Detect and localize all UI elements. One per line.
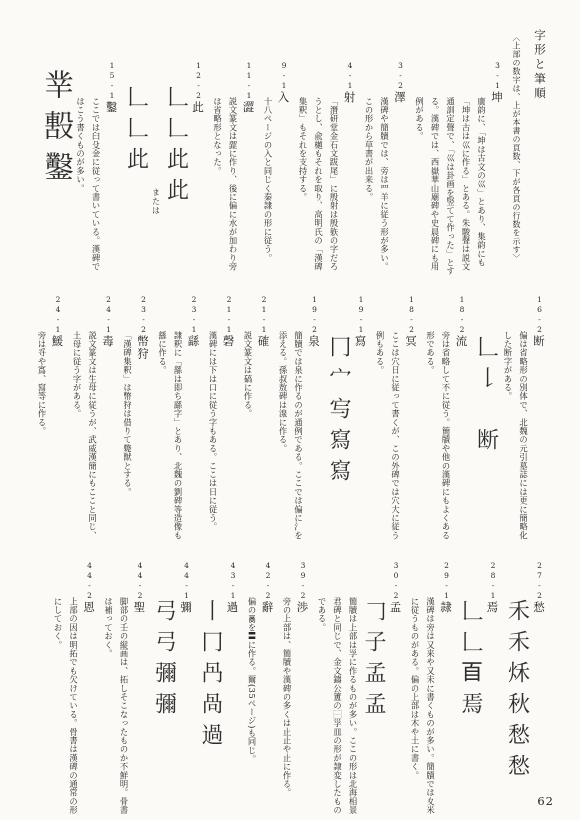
entry-page-line-number: 3-1 <box>493 61 502 91</box>
entry-page-line-number: 24-1 <box>54 295 63 335</box>
entry-heading: 11-1澀 <box>240 25 257 277</box>
entry-page-line-number: 44-2 <box>85 561 94 601</box>
entry-heading: 19-1寫 <box>352 291 369 543</box>
entry-annotation-text: 偏の𤔔を〓に作る。爾(35ページ)も同じ。 <box>244 557 260 820</box>
entry-page-line-number: 21-1 <box>260 295 269 335</box>
entry-headword: 流 <box>455 335 469 348</box>
entry-page-line-number: 23-2 <box>139 295 148 335</box>
entry: 19-2泉簡牘では泉に作るのが通例である。ここでは偏に氵を添える。孫叔敖碑は湶に… <box>275 291 323 543</box>
entry-heading: 19-2泉 <box>306 291 323 543</box>
entry-heading: 15-1鑿 <box>103 25 120 277</box>
entry: 23-1繇隷釈に「䌛は即ち繇字」とあり、北魏の劉碑等造像も䌛に作る。 <box>154 291 202 543</box>
entry-headword: 恩 <box>82 601 96 614</box>
entry-heading: 21-1磬 <box>220 291 237 543</box>
entry: 43-1過丨冂冎咼過 <box>197 557 241 820</box>
brush-stroke-order-glyphs: 禾禾秌秋愁愁 <box>504 557 531 820</box>
entry: 30-2孟𠃌子孟孟簡牘は上部は㜽に作るものが多い。ここの形は北海相景君碑と同じで… <box>314 557 404 820</box>
entry: 19-1寫冂宀㝍寫寫 <box>325 291 369 543</box>
entry-page-line-number: 21-1 <box>225 295 234 335</box>
entry-annotation-text: 上部の因は明拓でも欠けている。骨書は漢碑の通常の形にしておく。 <box>50 557 81 820</box>
entry-heading: 12-2此 <box>190 25 207 277</box>
entry-page-line-number: 30-2 <box>392 561 401 601</box>
entry-heading: 9-1入 <box>275 25 292 277</box>
entry-page-line-number: 43-1 <box>229 561 238 601</box>
entry-headword: 孟 <box>389 601 403 614</box>
entry: 4-1射「潛研堂金石文跋尾」に殷射は殷䠶の字だろうとし、兪樾もそれを取り、高明氏… <box>295 25 358 277</box>
entry-page-line-number: 24-1 <box>104 295 113 335</box>
entry-heading: 27-2愁 <box>531 557 548 820</box>
entry-headword: 断 <box>532 335 546 348</box>
entry-heading: 24-1毒 <box>100 291 117 543</box>
entry-headword: 過 <box>226 601 240 614</box>
entry: 44-1彌弓弓彌彌 <box>151 557 195 820</box>
entry: 9-1入十八ページの入と同じく秦隷の形に従う。 <box>260 25 292 277</box>
entry-heading: 24-1鰀 <box>49 291 66 543</box>
entry: 16-2断偏は省略形の別体で、北魏の元引墓誌には更に簡略化した断字がある。𠃊𠄌𢇍… <box>473 291 548 543</box>
entry: 12-2此𠃊𠃊此此または𠃊𠃊此 <box>123 25 207 277</box>
entry-annotation-text: 十八ページの入と同じく秦隷の形に従う。 <box>260 25 276 277</box>
brush-stroke-order-glyphs: 𠃊𠃊𦣻焉 <box>457 557 484 820</box>
entry-headword: 冥 <box>404 335 418 348</box>
entry-heading: 39-2渉 <box>294 557 311 820</box>
entry-page-line-number: 44-1 <box>182 561 191 601</box>
entry-heading: 16-2断 <box>531 291 548 543</box>
entry-heading: 43-1過 <box>224 557 241 820</box>
entry-annotation-text: 廣韵に、「坤は古文の巛」とあり、集韵にも「坤は古は巛に作る」とある。朱駿聲は説文… <box>411 25 489 277</box>
entry-annotation-text: 旁は寽や寪、寫等に作る。 <box>34 291 50 543</box>
entry-heading: 42-2辭 <box>259 557 276 820</box>
band-top: 字形と筆順 〈上部の数字は、上が本書の頁数、下が各頁の行数を示す〉 3-1坤廣韵… <box>50 25 550 277</box>
entry-annotation-text: 説文篆文は歰に作り、後に偏に水が加わり旁は省略形となった。 <box>209 25 240 277</box>
entry-headword: 寫 <box>354 335 368 348</box>
entry-page-line-number: 9-1 <box>280 61 289 91</box>
entry: 39-2渉旁の上部は、簡牘や漢碑の多くは止止や止に作る。 <box>279 557 311 820</box>
entry-heading: 29-1隷 <box>438 557 455 820</box>
page-title: 字形と筆順 <box>530 25 550 277</box>
entry-page-line-number: 28-1 <box>489 561 498 601</box>
entry-headword: 澤 <box>393 91 407 104</box>
entry-page-line-number: 19-1 <box>357 295 366 335</box>
entry-annotation-text: 「潛研堂金石文跋尾」に殷射は殷䠶の字だろうとし、兪樾もそれを取り、高明氏の「漢碑… <box>295 25 342 277</box>
brush-stroke-order-glyphs: 𠃌子孟孟 <box>360 557 387 820</box>
entry-headword: 澀 <box>242 101 256 114</box>
entry-heading: 44-2聖 <box>131 557 148 820</box>
entry-headword: 此 <box>191 101 205 114</box>
entry-page-line-number: 3-2 <box>396 61 405 91</box>
entry: 28-1焉𠃊𠃊𦣻焉 <box>457 557 501 820</box>
entry-page-line-number: 23-1 <box>190 295 199 335</box>
entry: 27-2愁禾禾秌秋愁愁 <box>504 557 548 820</box>
brush-stroke-order-glyphs: 𠃊𠃊此 <box>123 25 150 277</box>
brush-stroke-order-glyphs: 冂宀㝍寫寫 <box>325 291 352 543</box>
entry: 24-1鰀旁は寽や寪、寫等に作る。 <box>34 291 66 543</box>
entry-page-line-number: 44-2 <box>136 561 145 601</box>
entry-headword: 泉 <box>307 335 321 348</box>
entry-headword: 鑿 <box>105 101 119 114</box>
entry-annotation-text: ここでは臼殳金に従って書いている。漢碑ではこう書くものが多い。 <box>72 25 103 277</box>
alternative-form-label: または <box>150 25 163 277</box>
entry: 18-2冥ここは穴日に従って書くが、この外碑では穴大に従う例もある。 <box>372 291 420 543</box>
entry-annotation-text: 漢碑や簡牘では、旁は罒羊に従う形が多い。この形から草書が出来る。 <box>361 25 392 277</box>
entry-annotation-text: 「漢碑集釈」は幣狩は借りて斃獣とする。 <box>119 291 135 543</box>
brush-stroke-order-glyphs: 丨冂冎咼過 <box>197 557 224 820</box>
entry-page-line-number: 16-2 <box>535 295 544 335</box>
entry: 11-1澀説文篆文は歰に作り、後に偏に水が加わり旁は省略形となった。 <box>209 25 257 277</box>
entry-page-line-number: 27-2 <box>535 561 544 601</box>
page-number: 62 <box>537 794 554 808</box>
entry-annotation-text: 偏は省略形の別体で、北魏の元引墓誌には更に簡略化した断字がある。 <box>500 291 531 543</box>
entry-headword: 辭 <box>261 601 275 614</box>
entry-annotation-text: 説文篆文は碻に作る。 <box>240 291 256 543</box>
entry-heading: 28-1焉 <box>484 557 501 820</box>
entry-page-line-number: 39-2 <box>299 561 308 601</box>
entry: 44-2聖脚部の壬の縦画は、拓しそこなったものか不鮮明。骨書は補っておく。 <box>100 557 148 820</box>
entry: 21-1確説文篆文は碻に作る。 <box>240 291 272 543</box>
entry: 44-2恩上部の因は明拓でも欠けている。骨書は漢碑の通常の形にしておく。 <box>50 557 98 820</box>
entry-headword: 愁 <box>532 601 546 614</box>
entry-headword: 隷 <box>439 601 453 614</box>
entry-annotation-text: 脚部の壬の縦画は、拓しそこなったものか不鮮明。骨書は補っておく。 <box>100 557 131 820</box>
entry-headword: 確 <box>257 335 271 348</box>
entry-annotation-text: 説文篆文は生母に従うが、武威漢簡にもここと同じ、土母に従う字がある。 <box>69 291 100 543</box>
entry-headword: 幣狩 <box>136 335 150 360</box>
entry: 29-1隷漢碑は旁は又来や又未に書くものが多い。簡牘では夊米に従うものがある。偏… <box>407 557 455 820</box>
entry-headword: 坤 <box>490 91 504 104</box>
entry-headword: 焉 <box>486 601 500 614</box>
entry-heading: 21-1確 <box>255 291 272 543</box>
entry-page-line-number: 18-2 <box>407 295 416 335</box>
brush-stroke-order-glyphs: 丵毄鑿 <box>38 25 72 277</box>
numbering-usage-note: 〈上部の数字は、上が本書の頁数、下が各頁の行数を示す〉 <box>508 25 524 277</box>
entry-headword: 磬 <box>222 335 236 348</box>
entry-page-line-number: 11-1 <box>245 61 254 101</box>
entry-headword: 繇 <box>187 335 201 348</box>
entry: 3-2澤漢碑や簡牘では、旁は罒羊に従う形が多い。この形から草書が出来る。 <box>361 25 409 277</box>
entry-heading: 4-1射 <box>341 25 358 277</box>
entry-page-line-number: 4-1 <box>346 61 355 91</box>
entry-page-line-number: 12-2 <box>194 61 203 101</box>
entry-annotation-text: 漢碑には下は口に従う字もある。ここは日に従う。 <box>205 291 221 543</box>
entry-headword: 入 <box>277 91 291 104</box>
entry-annotation-text: 旁の上部は、簡牘や漢碑の多くは止止や止に作る。 <box>279 557 295 820</box>
entry-page-line-number: 29-1 <box>442 561 451 601</box>
entry-heading: 18-2流 <box>453 291 470 543</box>
entry-heading: 23-1繇 <box>185 291 202 543</box>
entry-headword: 渉 <box>296 601 310 614</box>
entry-headword: 毒 <box>101 335 115 348</box>
entry-heading: 3-2澤 <box>392 25 409 277</box>
brush-stroke-order-glyphs: 𠃊𠃊此此 <box>163 25 190 277</box>
entry-heading: 30-2孟 <box>387 557 404 820</box>
entry: 42-2辭偏の𤔔を〓に作る。爾(35ページ)も同じ。 <box>244 557 276 820</box>
entry-page-line-number: 19-2 <box>310 295 319 335</box>
entry-heading: 18-2冥 <box>403 291 420 543</box>
entry: 23-2幣狩「漢碑集釈」は幣狩は借りて斃獣とする。 <box>119 291 151 543</box>
entry-headword: 射 <box>343 91 357 104</box>
brush-stroke-order-glyphs: 弓弓彌彌 <box>151 557 178 820</box>
entry-annotation-text: 簡牘は上部は㜽に作るものが多い。ここの形は北海相景君碑と同じで、金文鑄公簠の⿱㜽… <box>314 557 361 820</box>
band-middle: 16-2断偏は省略形の別体で、北魏の元引墓誌には更に簡略化した断字がある。𠃊𠄌𢇍… <box>50 291 550 543</box>
entry-page-line-number: 18-2 <box>458 295 467 335</box>
entry-heading: 23-2幣狩 <box>135 291 152 543</box>
entry-heading: 44-2恩 <box>81 557 98 820</box>
entry: 24-1毒説文篆文は生母に従うが、武威漢簡にもここと同じ、土母に従う字がある。 <box>69 291 117 543</box>
entry-headword: 聖 <box>133 601 147 614</box>
entry: 3-1坤廣韵に、「坤は古文の巛」とあり、集韵にも「坤は古は巛に作る」とある。朱駿… <box>411 25 505 277</box>
entry-annotation-text: ここは穴日に従って書くが、この外碑では穴大に従う例もある。 <box>372 291 403 543</box>
scanned-document-page: 字形と筆順 〈上部の数字は、上が本書の頁数、下が各頁の行数を示す〉 3-1坤廣韵… <box>0 0 580 820</box>
entry: 21-1磬漢碑には下は口に従う字もある。ここは日に従う。 <box>205 291 237 543</box>
entry-annotation-text: 漢碑は旁は又来や又未に書くものが多い。簡牘では夊米に従うものがある。偏の上部は木… <box>407 557 438 820</box>
entry: 18-2流旁は省略して不に従う。簡牘や他の漢碑にもよくある形である。 <box>422 291 470 543</box>
entry-annotation-text: 簡牘では泉に作るのが通例である。ここでは偏に氵を添える。孫叔敖碑は湶に作る。 <box>275 291 306 543</box>
entry-page-line-number: 15-1 <box>108 61 117 101</box>
entry-annotation-text: 旁は省略して不に従う。簡牘や他の漢碑にもよくある形である。 <box>422 291 453 543</box>
brush-stroke-order-glyphs: 𠃊𠄌𢇍断 <box>473 291 500 543</box>
entry-headword: 彌 <box>179 601 193 614</box>
entry-heading: 44-1彌 <box>178 557 195 820</box>
band-bottom: 27-2愁禾禾秌秋愁愁28-1焉𠃊𠃊𦣻焉29-1隷漢碑は旁は又来や又未に書くもの… <box>50 557 550 820</box>
entry-page-line-number: 42-2 <box>264 561 273 601</box>
entry-annotation-text: 隷釈に「䌛は即ち繇字」とあり、北魏の劉碑等造像も䌛に作る。 <box>154 291 185 543</box>
entry-headword: 鰀 <box>51 335 65 348</box>
entry: 15-1鑿ここでは臼殳金に従って書いている。漢碑ではこう書くものが多い。丵毄鑿 <box>38 25 120 277</box>
entry-heading: 3-1坤 <box>489 25 506 277</box>
